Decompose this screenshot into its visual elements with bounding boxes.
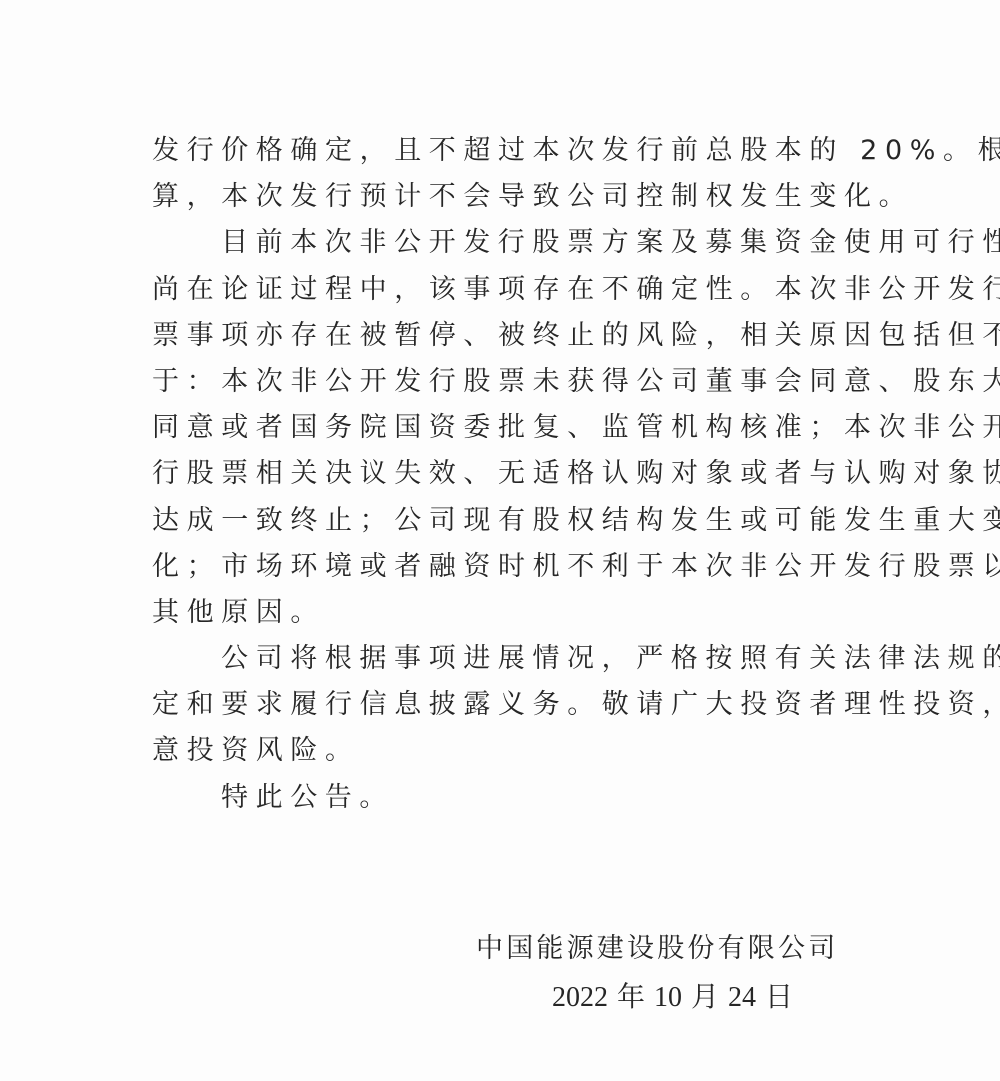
text-line: 达成一致终止；公司现有股权结构发生或可能发生重大变 <box>152 498 852 544</box>
announcement-date: 2022 年 10 月 24 日 <box>476 972 836 1024</box>
text-line: 化；市场环境或者融资时机不利于本次非公开发行股票以及 <box>152 544 852 590</box>
text-line: 其他原因。 <box>152 590 852 636</box>
text-line: 目前本次非公开发行股票方案及募集资金使用可行性 <box>152 220 852 266</box>
text-line: 于：本次非公开发行股票未获得公司董事会同意、股东大会 <box>152 359 852 405</box>
text-line: 票事项亦存在被暂停、被终止的风险，相关原因包括但不限 <box>152 313 852 359</box>
text-line: 定和要求履行信息披露义务。敬请广大投资者理性投资，注 <box>152 682 852 728</box>
announcement-body: 发行价格确定，且不超过本次发行前总股本的 20%。根据测 算，本次发行预计不会导… <box>152 128 852 821</box>
text-line: 意投资风险。 <box>152 728 852 774</box>
text-line: 算，本次发行预计不会导致公司控制权发生变化。 <box>152 174 852 220</box>
company-name: 中国能源建设股份有限公司 <box>476 926 836 972</box>
text-line: 同意或者国务院国资委批复、监管机构核准；本次非公开发 <box>152 405 852 451</box>
text-line: 行股票相关决议失效、无适格认购对象或者与认购对象协商 <box>152 451 852 497</box>
document-page: 发行价格确定，且不超过本次发行前总股本的 20%。根据测 算，本次发行预计不会导… <box>0 0 1000 1081</box>
signature-block: 中国能源建设股份有限公司 2022 年 10 月 24 日 <box>476 926 836 1024</box>
closing-statement: 特此公告。 <box>152 775 852 821</box>
text-line: 公司将根据事项进展情况，严格按照有关法律法规的规 <box>152 636 852 682</box>
text-line: 尚在论证过程中，该事项存在不确定性。本次非公开发行股 <box>152 267 852 313</box>
text-line: 发行价格确定，且不超过本次发行前总股本的 20%。根据测 <box>152 128 852 174</box>
